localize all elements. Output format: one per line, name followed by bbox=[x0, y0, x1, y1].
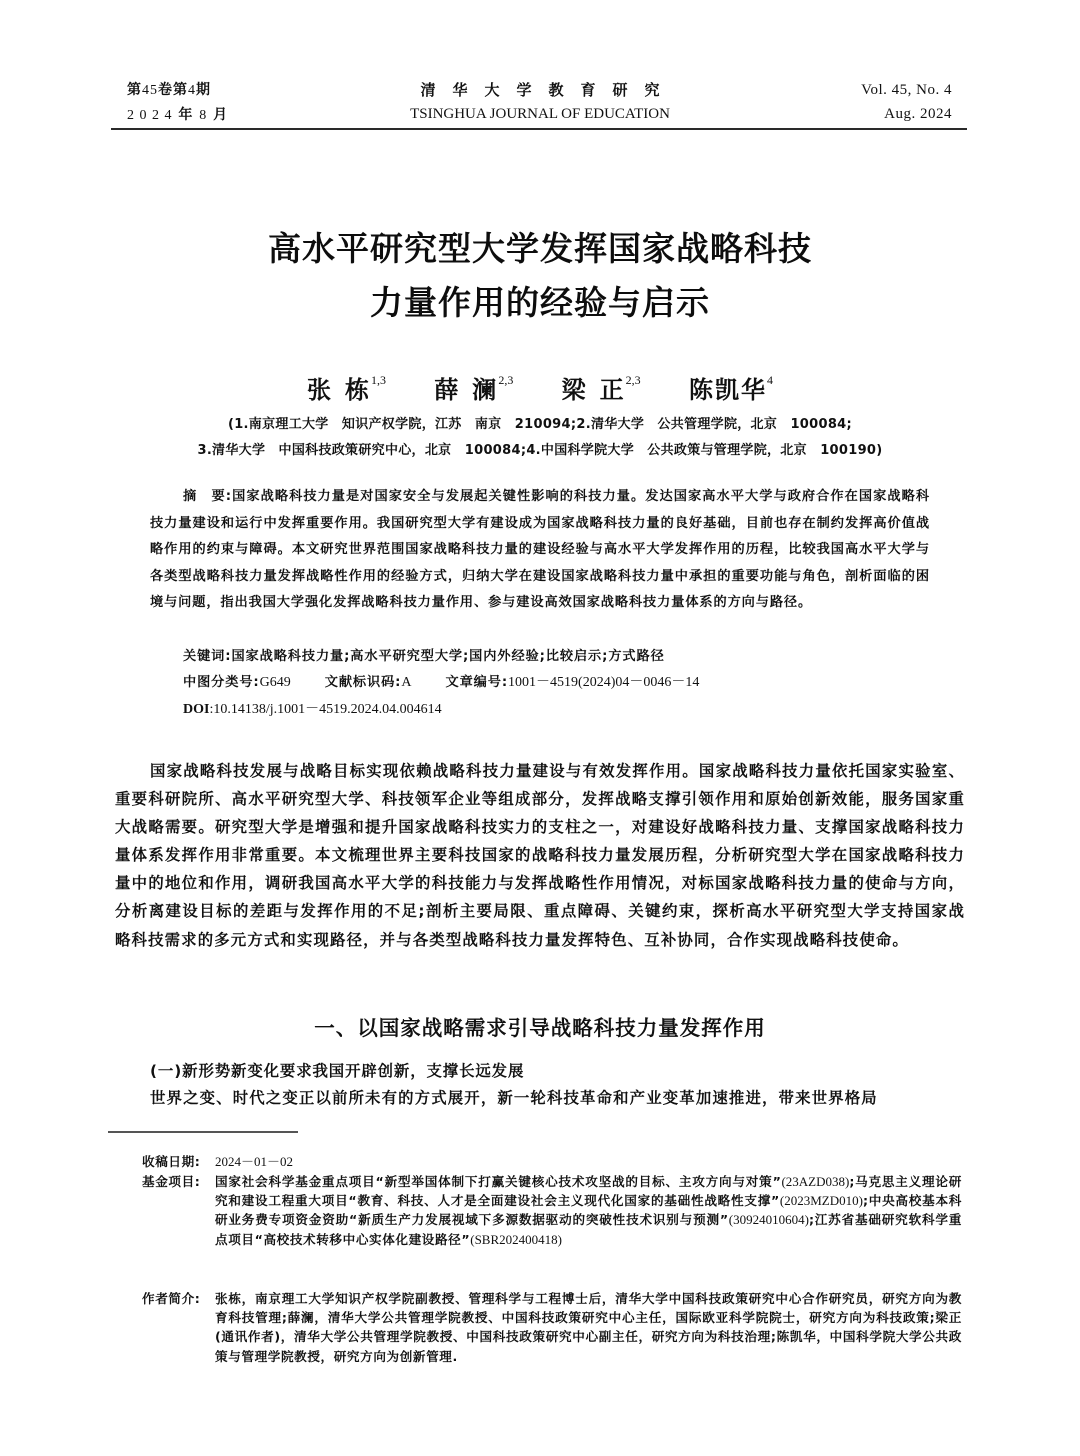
keywords-label: 关键词: bbox=[183, 649, 231, 664]
doc-code-value: A bbox=[401, 675, 411, 690]
author-bio-text: 张栋，南京理工大学知识产权学院副教授、管理科学与工程博士后，清华大学中国科技政策… bbox=[215, 1289, 962, 1366]
volume-number: Vol. 45, No. 4 bbox=[861, 78, 952, 102]
funding-text: 国家社会科学基金重点项目“新型举国体制下打赢关键核心技术攻坚战的目标、主攻方向与… bbox=[215, 1172, 962, 1249]
title-line-2: 力量作用的经验与启示 bbox=[100, 276, 980, 330]
doc-code-label: 文献标识码: bbox=[325, 675, 402, 690]
author-list: 张栋1,3 薛澜2,3 梁正2,3 陈凯华4 bbox=[100, 362, 980, 408]
affiliations: (1.南京理工大学 知识产权学院，江苏 南京 210094;2.清华大学 公共管… bbox=[100, 412, 980, 464]
classification-info: 中图分类号:G649文献标识码:A文章编号:1001－4519(2024)04－… bbox=[183, 670, 933, 697]
keywords: 关键词:国家战略科技力量;高水平研究型大学;国内外经验;比较启示;方式路径 bbox=[183, 644, 933, 671]
author: 薛澜2,3 bbox=[434, 362, 513, 408]
article-number-value: 1001－4519(2024)04－0046－14 bbox=[508, 675, 699, 690]
volume-issue: 第45卷第4期 bbox=[127, 78, 228, 103]
footnote-rule bbox=[108, 1131, 298, 1133]
abstract: 摘 要:国家战略科技力量是对国家安全与发展起关键性影响的科技力量。发达国家高水平… bbox=[150, 484, 930, 617]
footnote-received: 收稿日期: 2024－01－02 bbox=[142, 1152, 962, 1171]
clc-value: G649 bbox=[260, 675, 291, 690]
doi: DOI:10.14138/j.1001－4519.2024.04.004614 bbox=[183, 697, 933, 724]
issue-info: 第45卷第4期 2 0 2 4 年 8 月 bbox=[127, 78, 228, 128]
intro-paragraph: 国家战略科技发展与战略目标实现依赖战略科技力量建设与有效发挥作用。国家战略科技力… bbox=[115, 757, 965, 954]
section-heading: 一、以国家战略需求引导战略科技力量发挥作用 bbox=[100, 1012, 980, 1044]
journal-name-en: TSINGHUA JOURNAL OF EDUCATION bbox=[340, 102, 740, 126]
affiliation-marker: 2,3 bbox=[626, 373, 641, 387]
journal-name: 清华大学教育研究 TSINGHUA JOURNAL OF EDUCATION bbox=[340, 78, 740, 126]
clc-label: 中图分类号: bbox=[183, 675, 260, 690]
author: 陈凯华4 bbox=[689, 362, 773, 408]
issue-info-en: Vol. 45, No. 4 Aug. 2024 bbox=[861, 78, 952, 126]
footnote-author-bio: 作者简介: 张栋，南京理工大学知识产权学院副教授、管理科学与工程博士后，清华大学… bbox=[142, 1289, 962, 1366]
article-number-label: 文章编号: bbox=[446, 675, 509, 690]
section-paragraph: 世界之变、时代之变正以前所未有的方式展开，新一轮科技革命和产业变革加速推进，带来… bbox=[150, 1084, 965, 1112]
affiliation-line-2: 3.清华大学 中国科技政策研究中心，北京 100084;4.中国科学院大学 公共… bbox=[100, 438, 980, 464]
footnote-funding: 基金项目: 国家社会科学基金重点项目“新型举国体制下打赢关键核心技术攻坚战的目标… bbox=[142, 1172, 962, 1249]
issue-date-cn: 2 0 2 4 年 8 月 bbox=[127, 103, 228, 128]
abstract-text: 国家战略科技力量是对国家安全与发展起关键性影响的科技力量。发达国家高水平大学与政… bbox=[150, 489, 930, 610]
received-date: 2024－01－02 bbox=[215, 1154, 293, 1169]
title-line-1: 高水平研究型大学发挥国家战略科技 bbox=[100, 222, 980, 276]
journal-name-cn: 清华大学教育研究 bbox=[340, 78, 740, 102]
received-label: 收稿日期: bbox=[142, 1152, 200, 1171]
affiliation-marker: 2,3 bbox=[498, 373, 513, 387]
subsection-heading: (一)新形势新变化要求我国开辟创新，支撑长远发展 bbox=[150, 1057, 524, 1085]
header-rule bbox=[111, 128, 967, 130]
funding-label: 基金项目: bbox=[142, 1172, 200, 1191]
affiliation-marker: 4 bbox=[767, 373, 773, 387]
affiliation-line-1: (1.南京理工大学 知识产权学院，江苏 南京 210094;2.清华大学 公共管… bbox=[100, 412, 980, 438]
author-bio-label: 作者简介: bbox=[142, 1289, 200, 1308]
issue-date-en: Aug. 2024 bbox=[861, 102, 952, 126]
abstract-label: 摘 要: bbox=[183, 489, 232, 504]
doi-label: DOI bbox=[183, 702, 209, 717]
author: 梁正2,3 bbox=[562, 362, 641, 408]
affiliation-marker: 1,3 bbox=[371, 373, 386, 387]
keywords-text: 国家战略科技力量;高水平研究型大学;国内外经验;比较启示;方式路径 bbox=[231, 649, 664, 664]
paper-title: 高水平研究型大学发挥国家战略科技 力量作用的经验与启示 bbox=[100, 222, 980, 330]
body-text: 国家战略科技发展与战略目标实现依赖战略科技力量建设与有效发挥作用。国家战略科技力… bbox=[115, 757, 965, 954]
author: 张栋1,3 bbox=[307, 362, 386, 408]
doi-value[interactable]: :10.14138/j.1001－4519.2024.04.004614 bbox=[209, 702, 441, 717]
